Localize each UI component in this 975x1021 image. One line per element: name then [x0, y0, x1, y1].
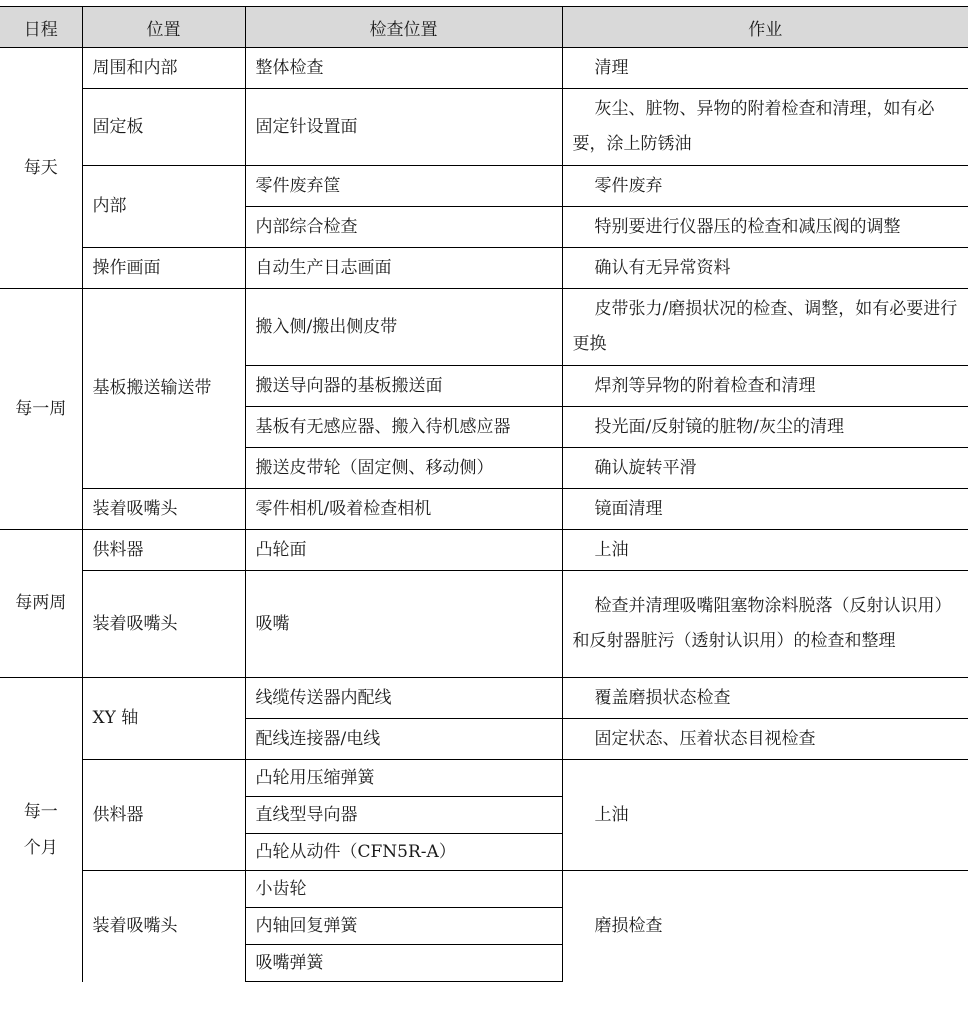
task-cell: 上油 — [562, 760, 968, 871]
schedule-line: 每一 — [4, 794, 78, 830]
task-cell: 皮带张力/磨损状况的检查、调整，如有必要进行更换 — [562, 289, 968, 366]
task-text: 磨损检查 — [595, 916, 663, 936]
table-row: 装着吸嘴头 吸嘴 检查并清理吸嘴阻塞物涂料脱落（反射认识用）和反射器脏污（透射认… — [0, 571, 968, 678]
location-cell: 装着吸嘴头 — [82, 571, 245, 678]
maintenance-schedule-table: 日程 位置 检查位置 作业 每天 周围和内部 整体检查 清理 固定板 固定针设置… — [0, 6, 968, 982]
table-row: 装着吸嘴头 小齿轮 磨损检查 — [0, 871, 968, 908]
task-cell: 特别要进行仪器压的检查和减压阀的调整 — [562, 207, 968, 248]
task-cell: 焊剂等异物的附着检查和清理 — [562, 366, 968, 407]
task-cell: 零件废弃 — [562, 166, 968, 207]
location-cell: 装着吸嘴头 — [82, 871, 245, 982]
check-cell: 凸轮从动件（CFN5R-A） — [245, 834, 562, 871]
task-cell: 确认旋转平滑 — [562, 448, 968, 489]
table-row: 供料器 凸轮用压缩弹簧 上油 — [0, 760, 968, 797]
check-cell: 搬送皮带轮（固定侧、移动侧） — [245, 448, 562, 489]
location-cell: 供料器 — [82, 530, 245, 571]
location-cell: 操作画面 — [82, 248, 245, 289]
schedule-line: 个月 — [4, 830, 78, 866]
task-text: 覆盖磨损状态检查 — [595, 688, 731, 708]
check-cell: 固定针设置面 — [245, 89, 562, 166]
table-row: 固定板 固定针设置面 灰尘、脏物、异物的附着检查和清理，如有必要，涂上防锈油 — [0, 89, 968, 166]
task-text: 零件废弃 — [595, 176, 663, 196]
table-row: 装着吸嘴头 零件相机/吸着检查相机 镜面清理 — [0, 489, 968, 530]
task-cell: 投光面/反射镜的脏物/灰尘的清理 — [562, 407, 968, 448]
task-text: 特别要进行仪器压的检查和减压阀的调整 — [595, 217, 901, 237]
table-row: 每一周 基板搬送输送带 搬入侧/搬出侧皮带 皮带张力/磨损状况的检查、调整，如有… — [0, 289, 968, 366]
header-check-location: 检查位置 — [245, 7, 562, 48]
location-cell: XY 轴 — [82, 678, 245, 760]
task-text: 投光面/反射镜的脏物/灰尘的清理 — [595, 417, 844, 437]
schedule-cell: 每两周 — [0, 530, 82, 678]
check-cell: 整体检查 — [245, 48, 562, 89]
task-cell: 镜面清理 — [562, 489, 968, 530]
task-cell: 覆盖磨损状态检查 — [562, 678, 968, 719]
location-cell: 周围和内部 — [82, 48, 245, 89]
task-text: 确认旋转平滑 — [595, 458, 697, 478]
check-cell: 基板有无感应器、搬入待机感应器 — [245, 407, 562, 448]
check-cell: 吸嘴 — [245, 571, 562, 678]
check-cell: 直线型导向器 — [245, 797, 562, 834]
task-cell: 磨损检查 — [562, 871, 968, 982]
task-text: 检查并清理吸嘴阻塞物涂料脱落（反射认识用）和反射器脏污（透射认识用）的检查和整理 — [573, 596, 952, 651]
table-row: 每一 个月 XY 轴 线缆传送器内配线 覆盖磨损状态检查 — [0, 678, 968, 719]
location-cell: 内部 — [82, 166, 245, 248]
check-cell: 凸轮用压缩弹簧 — [245, 760, 562, 797]
check-cell: 自动生产日志画面 — [245, 248, 562, 289]
schedule-cell: 每一周 — [0, 289, 82, 530]
header-schedule: 日程 — [0, 7, 82, 48]
task-text: 皮带张力/磨损状况的检查、调整，如有必要进行更换 — [573, 299, 958, 354]
check-cell: 内部综合检查 — [245, 207, 562, 248]
task-cell: 灰尘、脏物、异物的附着检查和清理，如有必要，涂上防锈油 — [562, 89, 968, 166]
task-cell: 固定状态、压着状态目视检查 — [562, 719, 968, 760]
location-cell: 基板搬送输送带 — [82, 289, 245, 489]
task-text: 固定状态、压着状态目视检查 — [595, 729, 816, 749]
check-cell: 搬送导向器的基板搬送面 — [245, 366, 562, 407]
task-text: 确认有无异常资料 — [595, 258, 731, 278]
task-text: 清理 — [595, 58, 629, 78]
table-row: 每天 周围和内部 整体检查 清理 — [0, 48, 968, 89]
task-cell: 确认有无异常资料 — [562, 248, 968, 289]
task-text: 上油 — [595, 805, 629, 825]
check-cell: 线缆传送器内配线 — [245, 678, 562, 719]
location-cell: 装着吸嘴头 — [82, 489, 245, 530]
check-cell: 小齿轮 — [245, 871, 562, 908]
task-cell: 清理 — [562, 48, 968, 89]
check-cell: 吸嘴弹簧 — [245, 945, 562, 982]
location-cell: 固定板 — [82, 89, 245, 166]
check-cell: 凸轮面 — [245, 530, 562, 571]
task-cell: 上油 — [562, 530, 968, 571]
check-cell: 零件相机/吸着检查相机 — [245, 489, 562, 530]
table-row: 内部 零件废弃筐 零件废弃 — [0, 166, 968, 207]
task-text: 灰尘、脏物、异物的附着检查和清理，如有必要，涂上防锈油 — [573, 99, 935, 154]
check-cell: 搬入侧/搬出侧皮带 — [245, 289, 562, 366]
check-cell: 零件废弃筐 — [245, 166, 562, 207]
task-text: 上油 — [595, 540, 629, 560]
check-cell: 内轴回复弹簧 — [245, 908, 562, 945]
header-row: 日程 位置 检查位置 作业 — [0, 7, 968, 48]
task-cell: 检查并清理吸嘴阻塞物涂料脱落（反射认识用）和反射器脏污（透射认识用）的检查和整理 — [562, 571, 968, 678]
header-location: 位置 — [82, 7, 245, 48]
schedule-cell: 每天 — [0, 48, 82, 289]
schedule-cell: 每一 个月 — [0, 678, 82, 982]
check-cell: 配线连接器/电线 — [245, 719, 562, 760]
table-row: 操作画面 自动生产日志画面 确认有无异常资料 — [0, 248, 968, 289]
header-task: 作业 — [562, 7, 968, 48]
task-text: 焊剂等异物的附着检查和清理 — [595, 376, 816, 396]
task-text: 镜面清理 — [595, 499, 663, 519]
table-row: 每两周 供料器 凸轮面 上油 — [0, 530, 968, 571]
location-cell: 供料器 — [82, 760, 245, 871]
